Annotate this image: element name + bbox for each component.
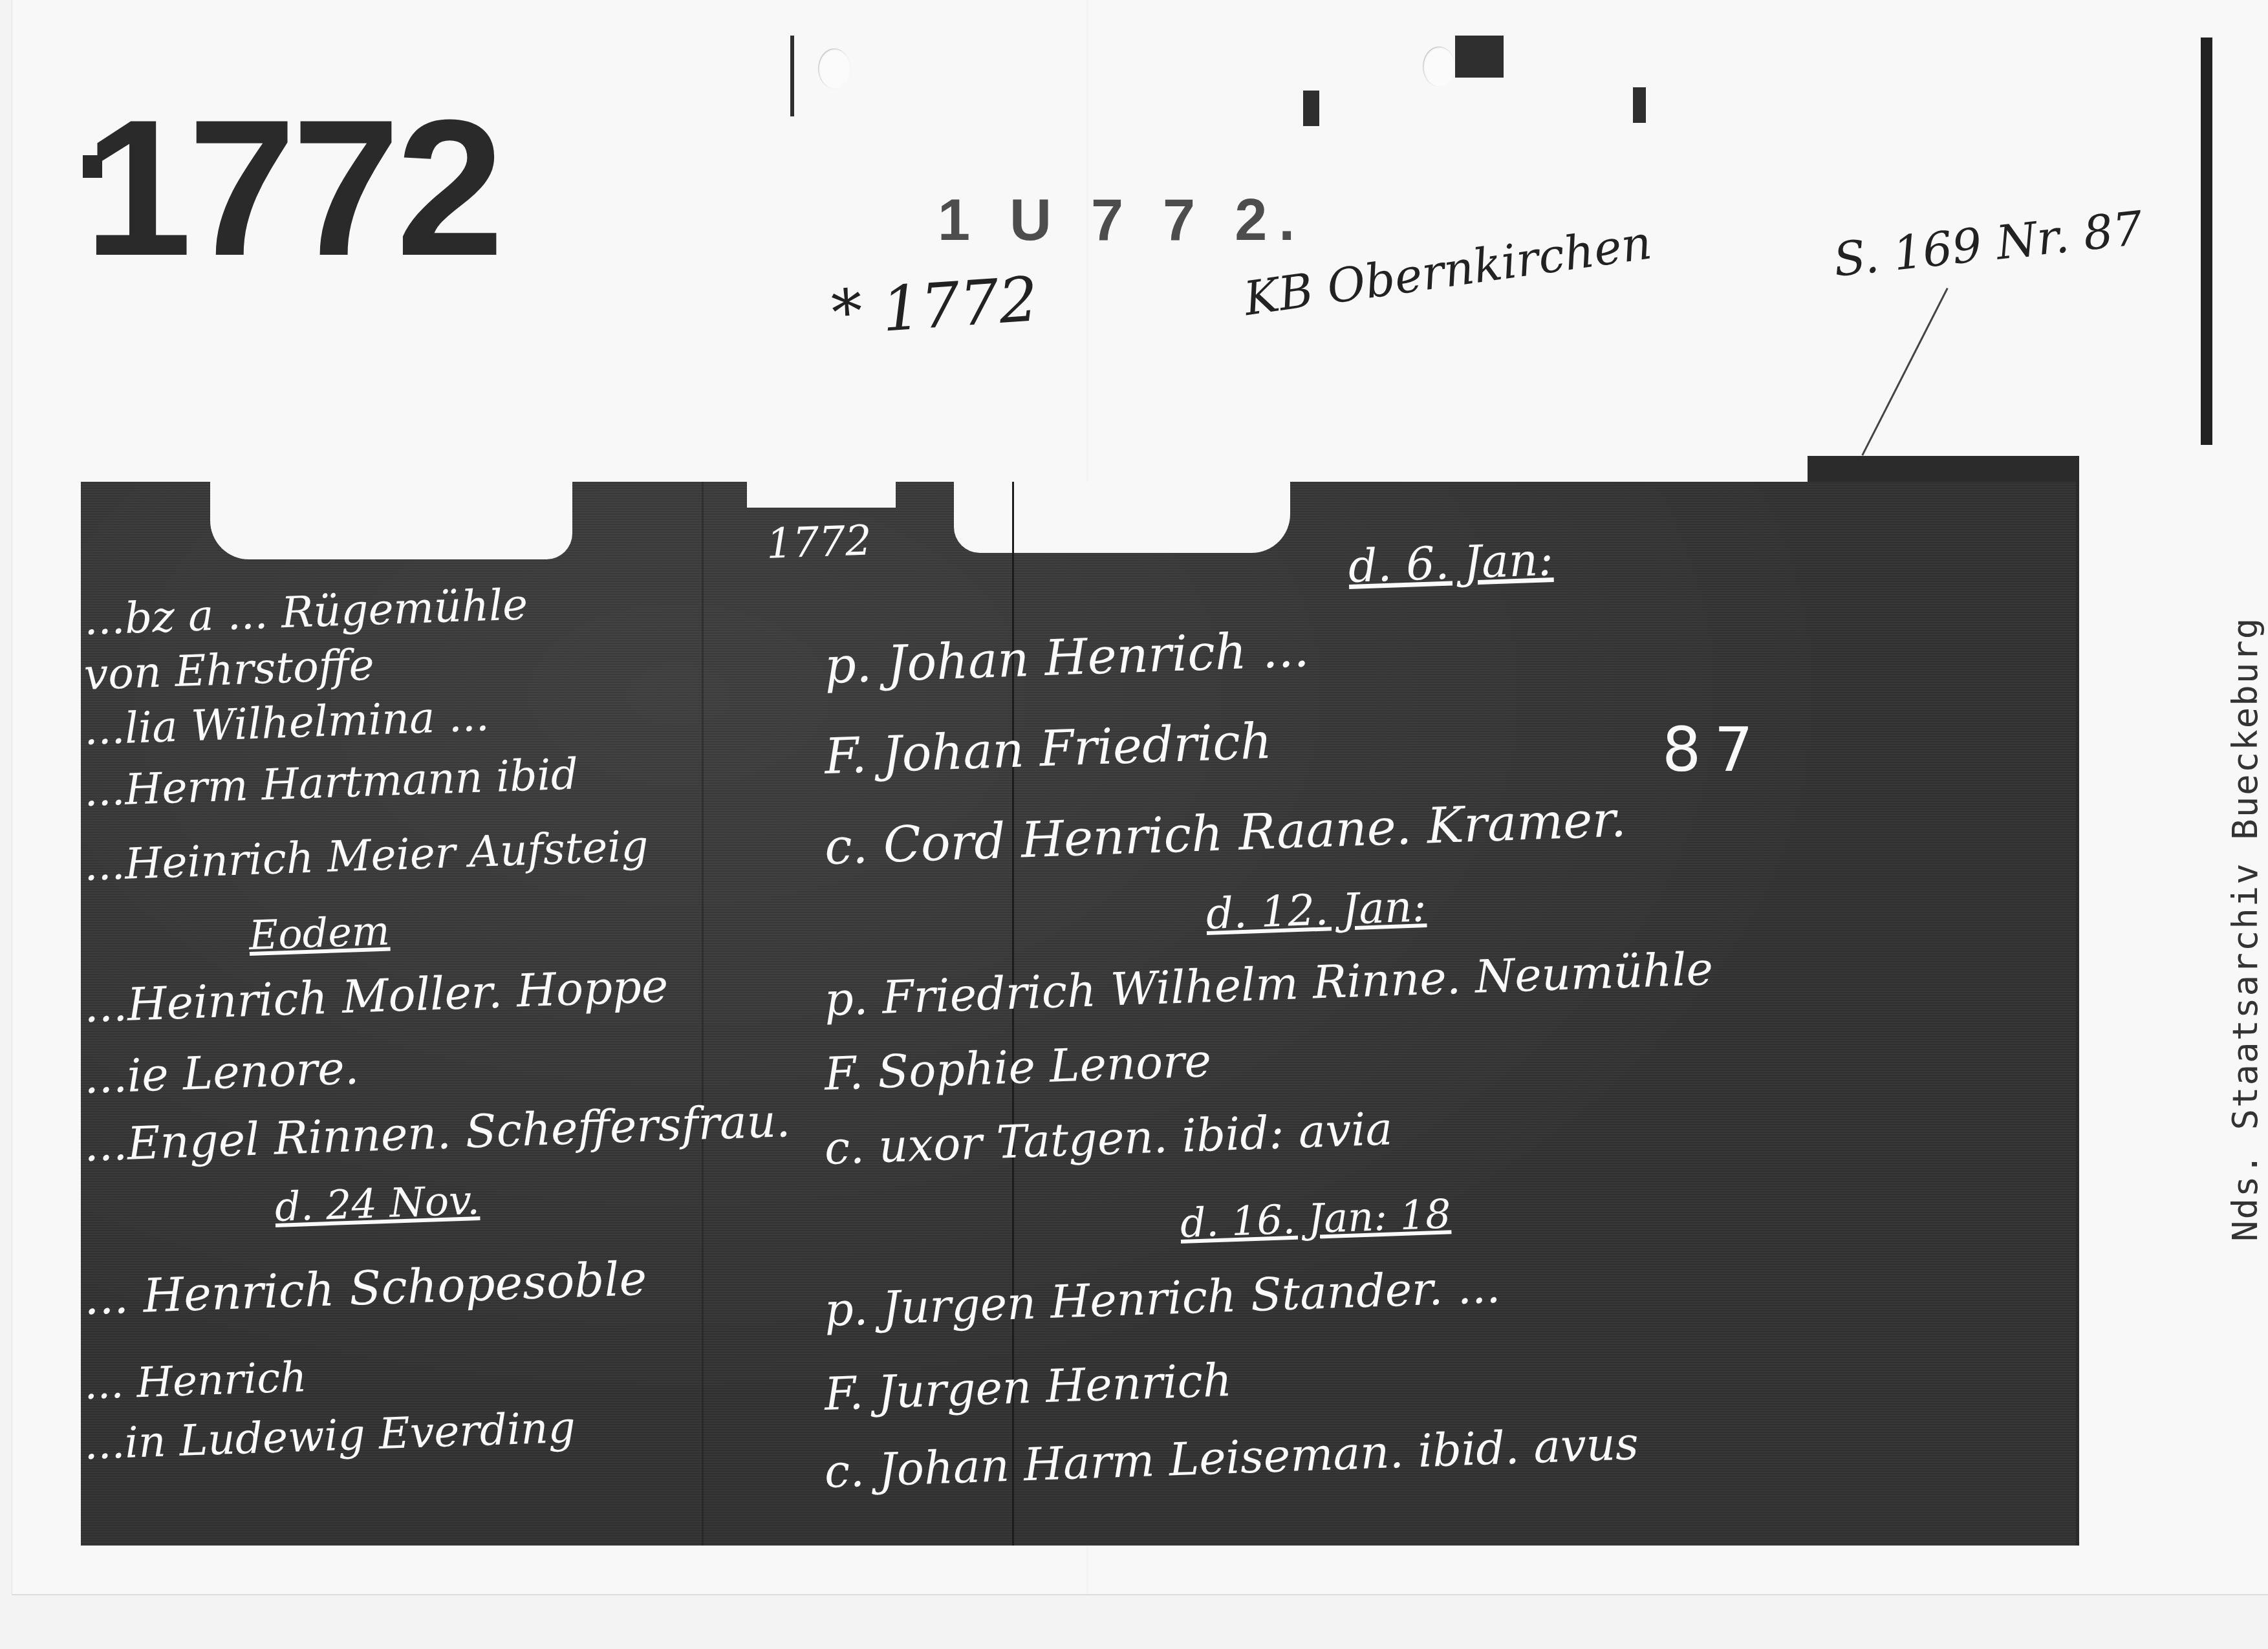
- scan-dropout: [210, 482, 572, 559]
- right-line: p. Johan Henrich ...: [823, 620, 1310, 695]
- scan-mark: [1633, 87, 1646, 123]
- right-date-header: d. 6. Jan:: [1348, 533, 1554, 593]
- left-line: ...bz a ... Rügemühle: [83, 579, 529, 645]
- scan-dropout: [954, 482, 1290, 553]
- stamp-bar: [2201, 38, 2212, 445]
- left-line: von Ehrstoffe: [83, 640, 375, 700]
- register-record: 1772 ...bz a ... Rügemühle von Ehrstoffe…: [81, 482, 2076, 1546]
- left-line: ...Heinrich Moller. Hoppe: [83, 959, 669, 1032]
- right-line: p. Friedrich Wilhelm Rinne. Neumühle: [824, 942, 1714, 1026]
- left-date-header: Eodem: [248, 907, 391, 959]
- birth-year-annotation: * 1772: [829, 264, 1040, 349]
- column-rule: [702, 482, 704, 1546]
- right-line: c. uxor Tatgen. ibid: avia: [824, 1102, 1394, 1175]
- right-line: c. Johan Harm Leiseman. ibid. avus: [824, 1417, 1640, 1498]
- right-line: c. Cord Henrich Raane. Kramer.: [823, 790, 1626, 876]
- left-line: ...in Ludewig Everding: [83, 1402, 576, 1469]
- left-line: ... Henrich: [83, 1353, 308, 1409]
- scan-mark: [1303, 91, 1319, 126]
- punch-hole: [818, 48, 850, 89]
- faded-header: 1 U 7 7 2.: [938, 188, 1306, 254]
- left-line: ...Engel Rinnen. Scheffersfrau.: [83, 1094, 792, 1172]
- entry-number: 87: [1662, 715, 1766, 786]
- left-line: ...Herm Hartmann ibid: [83, 749, 579, 816]
- right-line: F. Sophie Lenore: [824, 1034, 1213, 1101]
- left-line: ...ie Lenore.: [83, 1041, 360, 1104]
- left-line: ...Heinrich Meier Aufsteig: [83, 821, 649, 890]
- right-line: p. Jurgen Henrich Stander. ...: [824, 1260, 1502, 1337]
- archive-stamp: Nds. Staatsarchiv Bueckeburg: [2225, 617, 2265, 1242]
- right-date-header: d. 16. Jan: 18: [1180, 1190, 1452, 1247]
- record-header-year: 1772: [766, 517, 872, 568]
- punch-hole: [1423, 47, 1455, 87]
- right-date-header: d. 12. Jan:: [1205, 881, 1427, 939]
- right-line: F. Johan Friedrich: [823, 712, 1273, 785]
- left-line: ...lia Wilhelmina ...: [83, 691, 490, 755]
- big-year-heading: 1772: [84, 91, 500, 285]
- left-line: ... Henrich Schopesoble: [83, 1251, 648, 1325]
- scan-mark: [1455, 36, 1504, 78]
- scan-mark: [790, 36, 794, 116]
- left-date-header: d. 24 Nov.: [274, 1176, 481, 1231]
- right-line: F. Jurgen Henrich: [824, 1353, 1233, 1421]
- scan-dropout: [747, 482, 896, 508]
